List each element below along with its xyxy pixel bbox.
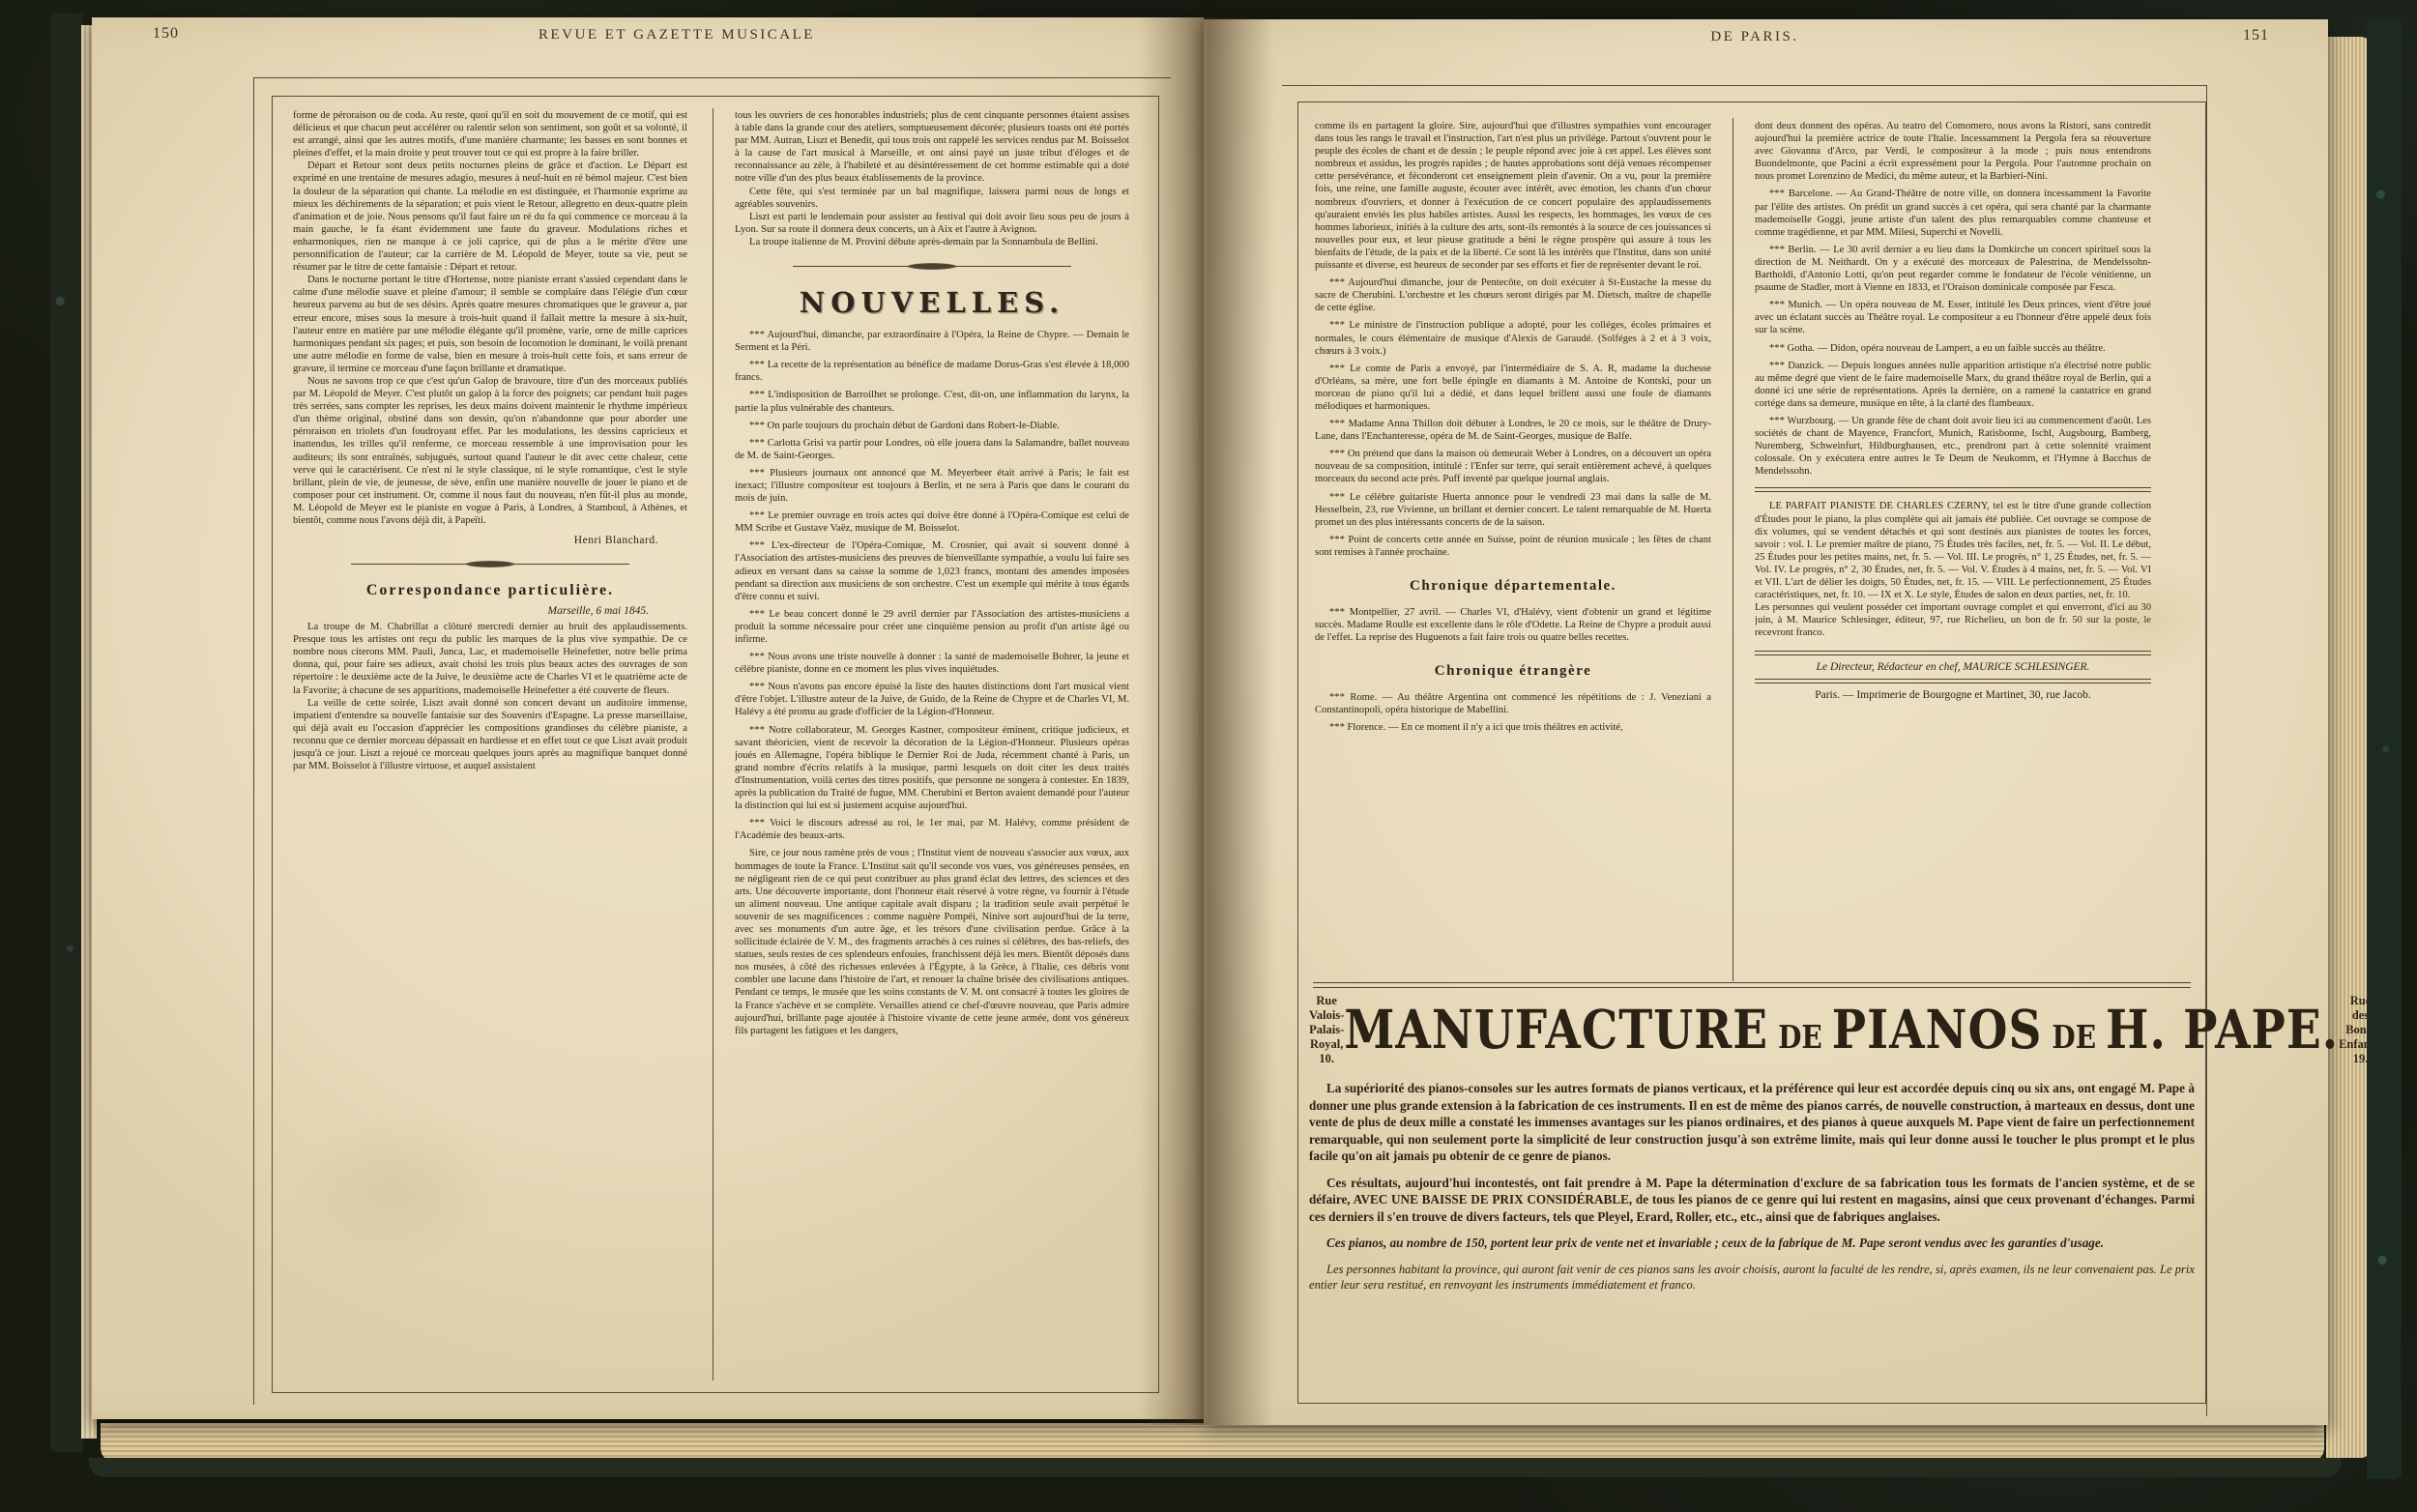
- correspondance-paragraph: La veille de cette soirée, Liszt avait d…: [293, 697, 687, 773]
- news-item: *** Le célèbre guitariste Huerta annonce…: [1315, 491, 1711, 529]
- news-item: *** Madame Anna Thillon doit débuter à L…: [1315, 418, 1711, 443]
- imprint-line: Paris. — Imprimerie de Bourgogne et Mart…: [1755, 689, 2151, 701]
- ad-title-word: MANUFACTURE: [1344, 999, 1768, 1061]
- article-paragraph: forme de péroraison ou de coda. Au reste…: [293, 109, 687, 160]
- news-item: *** Gotha. — Didon, opéra nouveau de Lam…: [1755, 342, 2151, 355]
- news-item: *** Le ministre de l'instruction publiqu…: [1315, 319, 1711, 357]
- news-item: *** L'ex-directeur de l'Opéra-Comique, M…: [735, 539, 1129, 602]
- news-item: *** On parle toujours du prochain début …: [735, 420, 1129, 432]
- news-item: *** Le comte de Paris a envoyé, par l'in…: [1315, 363, 1711, 413]
- ad-paragraph: Ces pianos, au nombre de 150, portent le…: [1309, 1235, 2195, 1252]
- right-page-column-2: dont deux donnent des opéras. Au teatro …: [1755, 120, 2151, 978]
- czerny-announcement: LE PARFAIT PIANISTE DE CHARLES CZERNY, t…: [1755, 500, 2151, 601]
- section-heading-chronique-etrangere: Chronique étrangère: [1315, 663, 1711, 680]
- ad-paragraph: Ces résultats, aujourd'hui incontestés, …: [1309, 1175, 2195, 1226]
- book-cover-right-edge: [2367, 19, 2402, 1479]
- news-item: *** Aujourd'hui dimanche, jour de Pentec…: [1315, 276, 1711, 314]
- scanned-journal-spread: 150 REVUE ET GAZETTE MUSICALE forme de p…: [0, 0, 2417, 1512]
- ad-title-word: PIANOS: [1832, 999, 2043, 1061]
- section-heading-nouvelles: NOUVELLES.: [735, 286, 1129, 319]
- czerny-announcement: Les personnes qui veulent posséder cet i…: [1755, 601, 2151, 639]
- advertiser-address-right: Rue des Bons-Enfants, 19.: [2339, 994, 2382, 1066]
- royal-address-paragraph: comme ils en partagent la gloire. Sire, …: [1315, 120, 1711, 272]
- address-line: Rue: [1309, 994, 1344, 1008]
- page-block-fore-edge: [2326, 37, 2371, 1458]
- section-heading-chronique-departementale: Chronique départementale.: [1315, 578, 1711, 595]
- news-item: dont deux donnent des opéras. Au teatro …: [1755, 120, 2151, 183]
- news-item: *** Voici le discours adressé au roi, le…: [735, 817, 1129, 842]
- news-item: *** L'indisposition de Barroilhet se pro…: [735, 389, 1129, 414]
- news-item: *** On prétend que dans la maison où dem…: [1315, 448, 1711, 485]
- news-item: *** Florence. — En ce moment il n'y a ic…: [1315, 721, 1711, 734]
- ad-title-word: DE: [2052, 1018, 2096, 1056]
- news-item: *** Montpellier, 27 avril. — Charles VI,…: [1315, 606, 1711, 644]
- article-paragraph: Nous ne savons trop ce que c'est qu'un G…: [293, 375, 687, 527]
- news-item: *** Nous n'avons pas encore épuisé la li…: [735, 681, 1129, 718]
- page-number-right: 151: [2243, 27, 2269, 44]
- ad-paragraph: La supériorité des pianos-consoles sur l…: [1309, 1080, 2195, 1165]
- separator-ornament-icon: [351, 560, 629, 568]
- address-line: Rue: [2339, 994, 2382, 1008]
- news-item: *** Notre collaborateur, M. Georges Kast…: [735, 724, 1129, 813]
- ad-title-word: DE: [1778, 1018, 1822, 1056]
- address-line: des Bons-Enfants,: [2339, 1008, 2382, 1052]
- address-line: 19.: [2339, 1052, 2382, 1066]
- correspondance-paragraph: tous les ouvriers de ces honorables indu…: [735, 109, 1129, 186]
- article-signature: Henri Blanchard.: [293, 535, 658, 546]
- news-item: *** Le premier ouvrage en trois actes qu…: [735, 509, 1129, 535]
- book-cover-left-edge: [50, 14, 83, 1452]
- right-page-column-1: comme ils en partagent la gloire. Sire, …: [1315, 120, 1711, 978]
- ad-paragraph: Les personnes habitant la province, qui …: [1309, 1262, 2195, 1293]
- royal-address-paragraph: Sire, ce jour nous ramène près de vous ;…: [735, 847, 1129, 1036]
- news-item: *** Rome. — Au théâtre Argentina ont com…: [1315, 691, 1711, 716]
- news-item: *** Aujourd'hui, dimanche, par extraordi…: [735, 329, 1129, 354]
- left-column-divider: [713, 108, 713, 1381]
- separator-ornament-icon: [793, 262, 1071, 271]
- correspondance-paragraph: La troupe de M. Chabrillat a clôturé mer…: [293, 621, 687, 697]
- advertisement-top-rule: [1313, 982, 2191, 988]
- advertiser-address-left: Rue Valois-Palais-Royal, 10.: [1309, 994, 1344, 1066]
- director-line: Le Directeur, Rédacteur en chef, MAURICE…: [1755, 661, 2151, 673]
- running-head-right: DE PARIS.: [1368, 29, 2141, 45]
- address-line: Valois-Palais-Royal,: [1309, 1008, 1344, 1052]
- page-block-bottom-edge: [101, 1423, 2324, 1462]
- page-number-left: 150: [153, 25, 179, 43]
- correspondance-paragraph: Liszt est parti le lendemain pour assist…: [735, 211, 1129, 236]
- news-item: *** Le beau concert donné le 29 avril de…: [735, 608, 1129, 646]
- news-item: *** Nous avons une triste nouvelle à don…: [735, 651, 1129, 676]
- dateline: Marseille, 6 mai 1845.: [293, 605, 649, 617]
- advertisement-title: MANUFACTURE DE PIANOS DE H. PAPE.: [1344, 999, 2339, 1061]
- news-item: *** Point de concerts cette année en Sui…: [1315, 534, 1711, 559]
- double-rule: [1755, 487, 2151, 492]
- news-item: *** Munich. — Un opéra nouveau de M. Ess…: [1755, 299, 2151, 336]
- double-rule: [1755, 651, 2151, 655]
- news-item: *** Carlotta Grisi va partir pour Londre…: [735, 437, 1129, 462]
- piano-advertisement: Rue Valois-Palais-Royal, 10. MANUFACTURE…: [1309, 994, 2195, 1293]
- left-page-column-1: forme de péroraison ou de coda. Au reste…: [293, 109, 687, 1383]
- advertisement-header: Rue Valois-Palais-Royal, 10. MANUFACTURE…: [1309, 994, 2195, 1066]
- news-item: *** La recette de la représentation au b…: [735, 359, 1129, 384]
- left-page-column-2: tous les ouvriers de ces honorables indu…: [735, 109, 1129, 1383]
- running-head-left: REVUE ET GAZETTE MUSICALE: [290, 27, 1063, 44]
- correspondance-paragraph: Cette fête, qui s'est terminée par un ba…: [735, 186, 1129, 211]
- news-item: *** Barcelone. — Au Grand-Théâtre de not…: [1755, 188, 2151, 238]
- address-line: 10.: [1309, 1052, 1344, 1066]
- news-item: *** Plusieurs journaux ont annoncé que M…: [735, 467, 1129, 505]
- right-column-divider: [1733, 118, 1733, 981]
- double-rule: [1755, 679, 2151, 683]
- advertisement-body: La supériorité des pianos-consoles sur l…: [1309, 1080, 2195, 1293]
- section-heading-correspondance: Correspondance particulière.: [293, 582, 687, 599]
- news-item: *** Berlin. — Le 30 avril dernier a eu l…: [1755, 244, 2151, 294]
- book-cover-bottom-edge: [89, 1458, 2342, 1477]
- article-paragraph: Départ et Retour sont deux petits noctur…: [293, 160, 687, 274]
- correspondance-paragraph: La troupe italienne de M. Provini débute…: [735, 236, 1129, 248]
- news-item: *** Danzick. — Depuis longues années nul…: [1755, 360, 2151, 410]
- ad-title-word: H. PAPE.: [2106, 999, 2339, 1061]
- article-paragraph: Dans le nocturne portant le titre d'Hort…: [293, 274, 687, 375]
- news-item: *** Wurzbourg. — Un grande fête de chant…: [1755, 415, 2151, 478]
